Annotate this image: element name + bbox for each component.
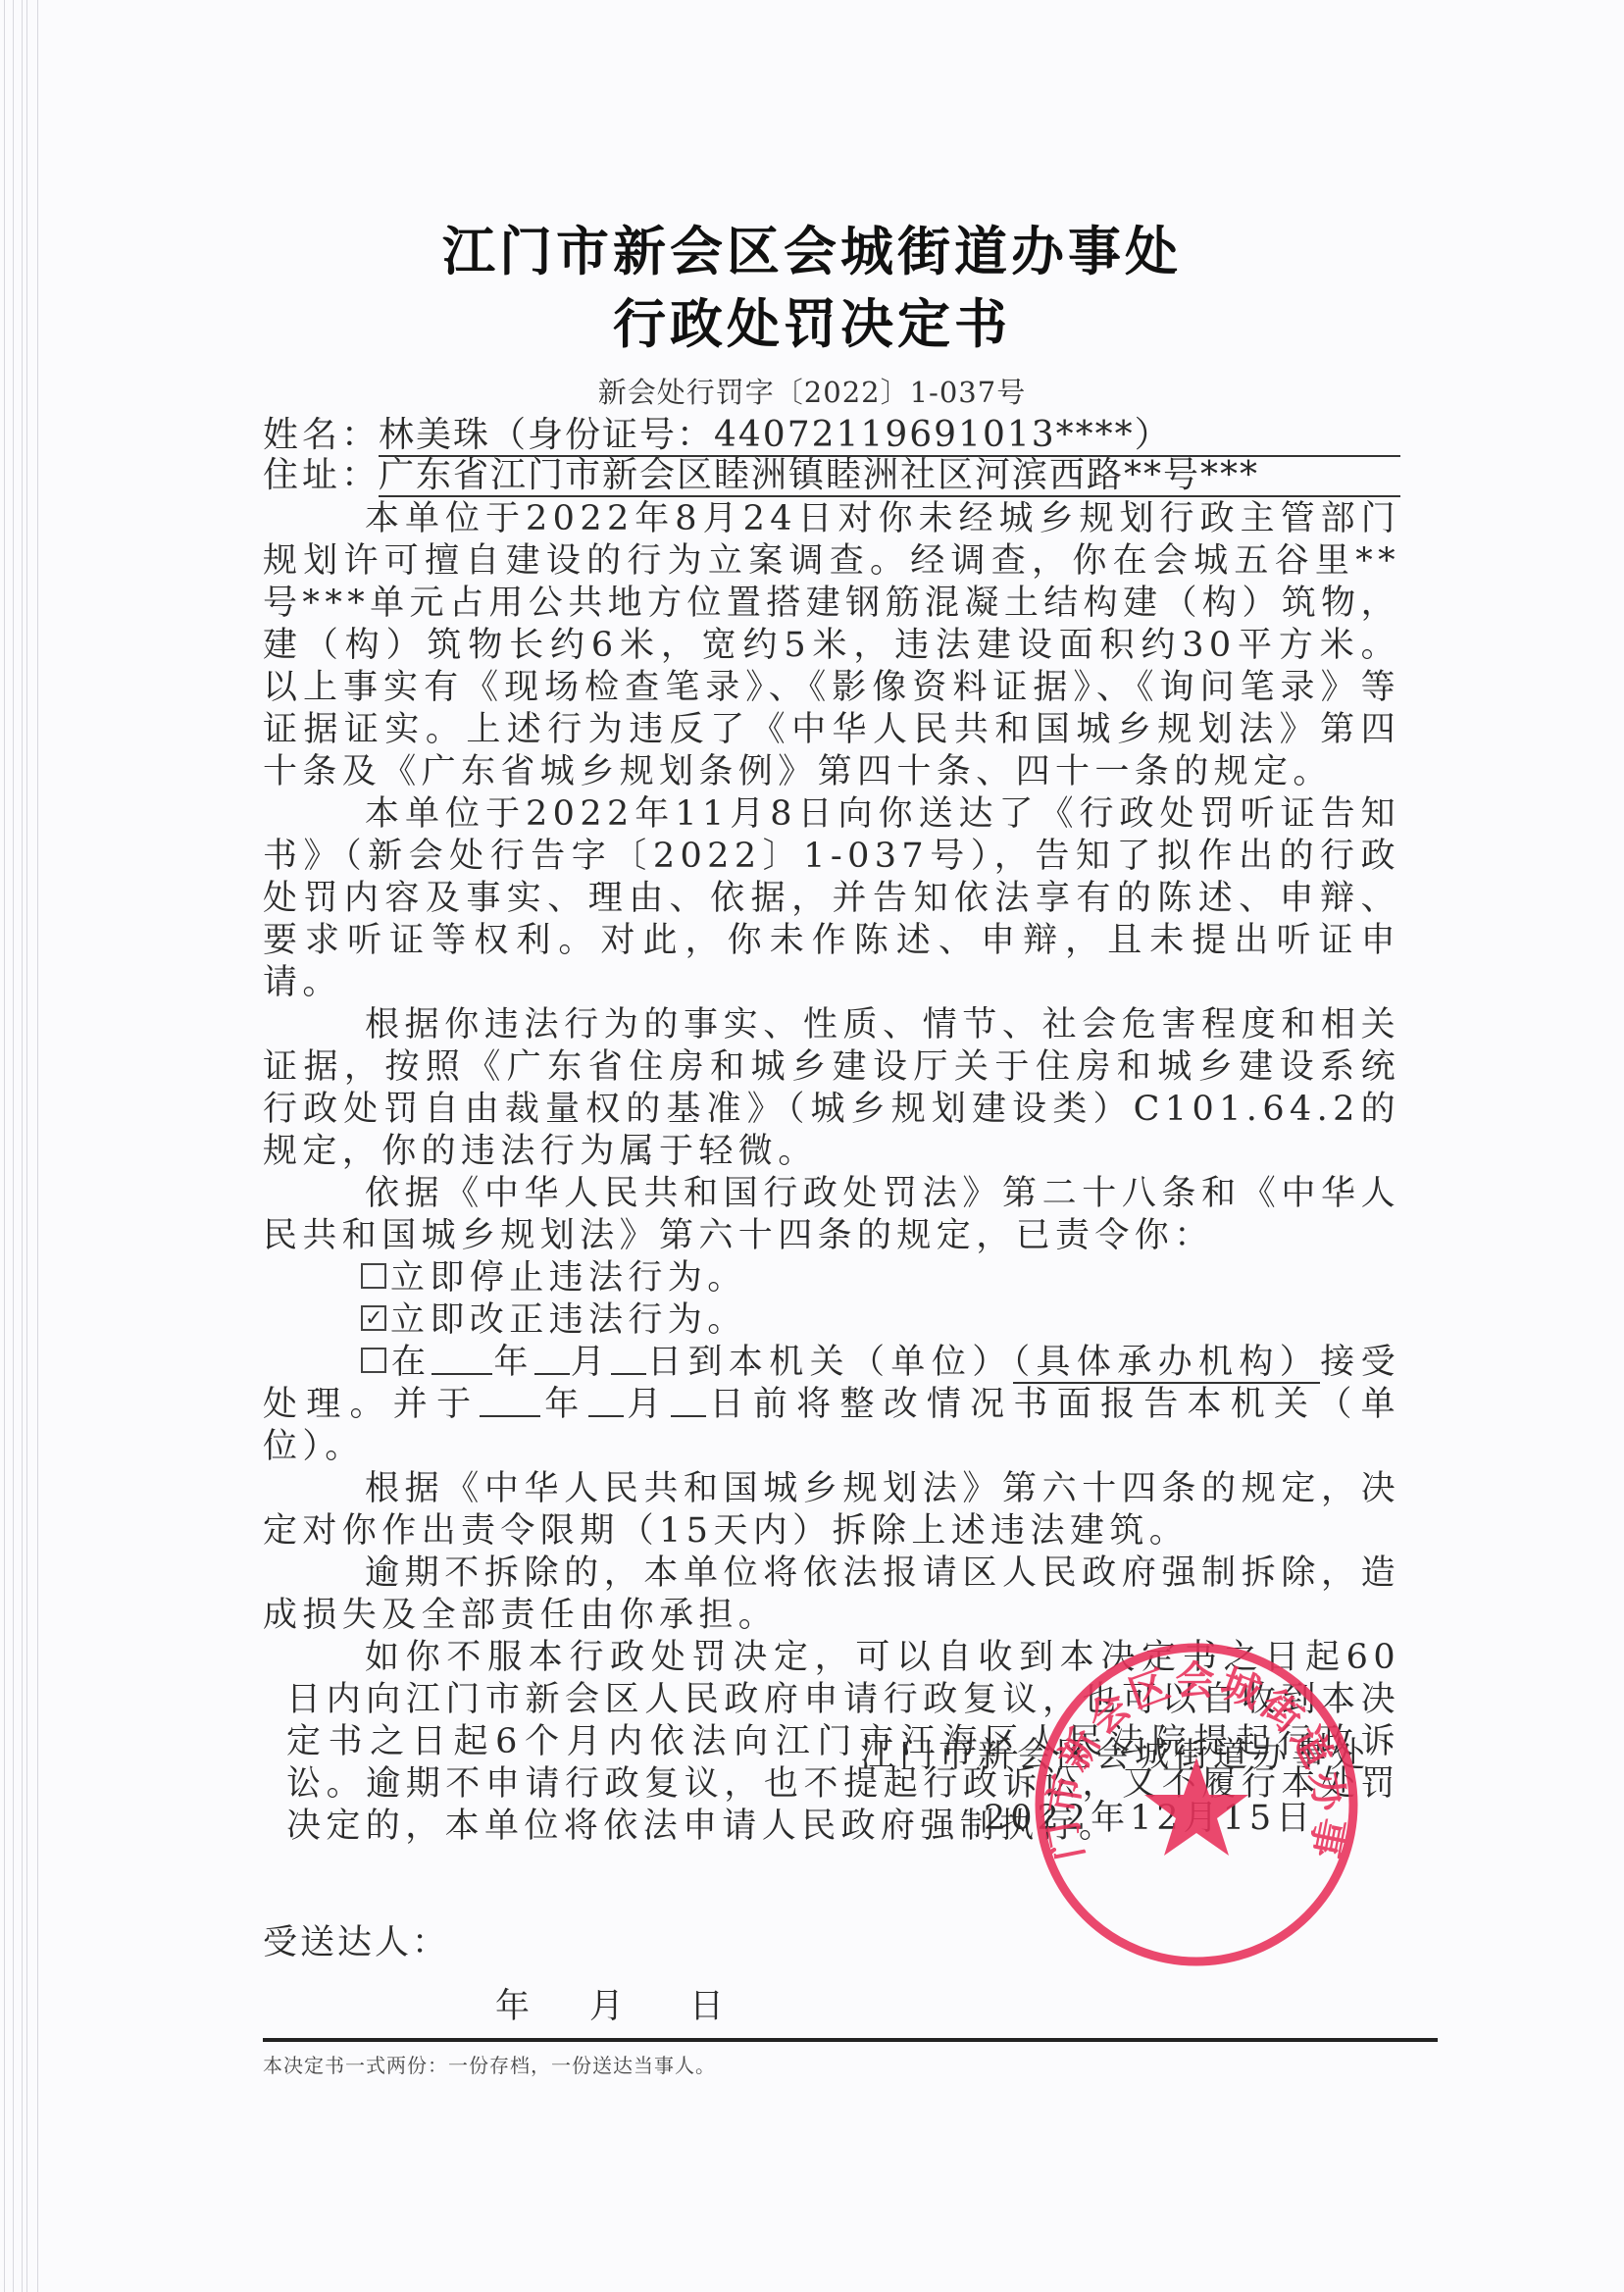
- paragraph-hearing-notice: 本单位于2022年11月8日向你送达了《行政处罚听证告知书》（新会处行告字〔20…: [263, 793, 1400, 1004]
- checkbox-unchecked-icon: [361, 1348, 386, 1373]
- recipient-label: 受送达人：: [263, 1915, 449, 1964]
- blank-year: [431, 1342, 492, 1375]
- document-title: 行政处罚决定书: [0, 282, 1624, 358]
- document-page: 江门市新会区会城街道办事处 行政处罚决定书 新会处行罚字〔2022〕1-037号…: [0, 0, 1624, 2292]
- paragraph-demolition-order: 根据《中华人民共和国城乡规划法》第六十四条的规定，决定对你作出责令限期（15天内…: [263, 1468, 1400, 1553]
- blank-day-2: [671, 1384, 706, 1417]
- paragraph-enforcement: 逾期不拆除的，本单位将依法报请区人民政府强制拆除，造成损失及全部责任由你承担。: [263, 1553, 1400, 1637]
- option-correct-violation: 立即改正违法行为。: [263, 1299, 1400, 1342]
- footer-divider: [263, 2038, 1438, 2042]
- party-name-field: 姓名： 林美珠（身份证号：44072119691013****）: [263, 414, 1400, 457]
- option-label: 立即停止违法行为。: [390, 1258, 747, 1298]
- option-label: 立即改正违法行为。: [390, 1300, 747, 1340]
- official-seal-icon: 江门市新会区会城街道办事处: [1032, 1640, 1361, 1969]
- blank-year-2: [480, 1384, 540, 1417]
- address-label: 住址：: [263, 454, 381, 497]
- receipt-year: 年: [495, 1979, 530, 2028]
- copies-note: 本决定书一式两份：一份存档，一份送达当事人。: [263, 2050, 716, 2078]
- blank-day: [611, 1342, 646, 1375]
- party-address-field: 住址： 广东省江门市新会区睦洲镇睦洲社区河滨西路**号***: [263, 454, 1400, 497]
- paragraph-discretion: 根据你违法行为的事实、性质、情节、社会危害程度和相关证据，按照《广东省住房和城乡…: [263, 1004, 1400, 1173]
- checkbox-checked-icon: [361, 1305, 386, 1331]
- handling-unit-underlined: （具体承办机构）: [1013, 1343, 1321, 1384]
- option-stop-violation: 立即停止违法行为。: [263, 1257, 1400, 1299]
- document-number: 新会处行罚字〔2022〕1-037号: [0, 371, 1624, 411]
- checkbox-unchecked-icon: [361, 1263, 386, 1289]
- paragraph-investigation: 本单位于2022年8月24日对你未经城乡规划行政主管部门规划许可擅自建设的行为立…: [263, 498, 1400, 793]
- option-report-to-office: 在年月日到本机关（单位）（具体承办机构）接受处理。并于年月日前将整改情况书面报告…: [263, 1342, 1400, 1468]
- paragraph-legal-basis: 依据《中华人民共和国行政处罚法》第二十八条和《中华人民共和国城乡规划法》第六十四…: [263, 1173, 1400, 1257]
- receipt-day: 日: [689, 1979, 724, 2028]
- address-value: 广东省江门市新会区睦洲镇睦洲社区河滨西路**号***: [379, 454, 1400, 497]
- issuing-authority-title: 江门市新会区会城街道办事处: [0, 210, 1624, 285]
- receipt-month: 月: [589, 1979, 624, 2028]
- name-value: 林美珠（身份证号：44072119691013****）: [379, 414, 1400, 457]
- name-label: 姓名：: [263, 414, 381, 457]
- blank-month-2: [588, 1384, 624, 1417]
- blank-month: [534, 1342, 570, 1375]
